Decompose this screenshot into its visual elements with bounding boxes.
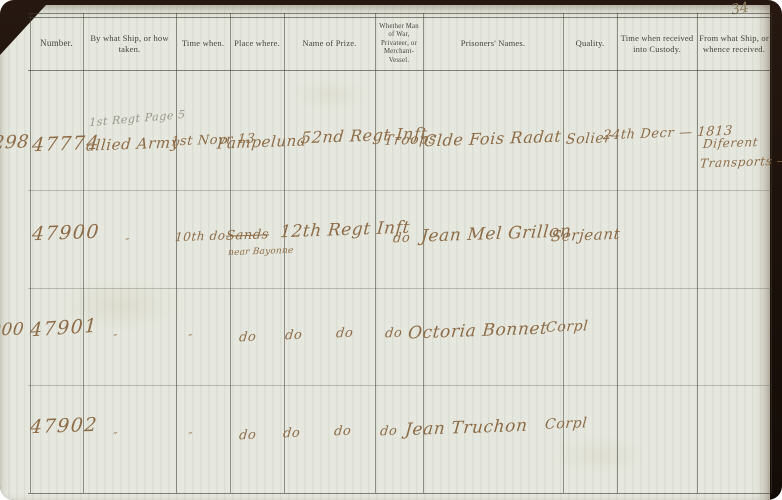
row4-vessel-ditto: do <box>379 424 398 440</box>
page-number: 34 <box>730 0 750 18</box>
row1-from-ship-line2: Transports — <box>699 153 782 170</box>
row4-place-ditto: do <box>238 428 257 444</box>
row1-ship: allied Army <box>85 133 180 154</box>
rule-col-10 <box>771 13 772 493</box>
row4-time-ditto: ″ <box>187 430 193 443</box>
header-prisoners-names: Prisoners' Names. <box>423 19 563 69</box>
rule-row-2 <box>28 288 771 289</box>
row3-ship-ditto: ″ <box>112 332 118 345</box>
row3-margin-number: 900 <box>0 319 25 340</box>
row2-vessel: do <box>392 231 411 247</box>
row2-place: Sands <box>225 227 269 244</box>
header-time-when: Time when. <box>176 19 230 69</box>
rule-top-outer <box>28 13 771 14</box>
row4-ship-ditto: ″ <box>112 430 118 443</box>
row4-prize-ditto-1: do <box>282 426 301 442</box>
rule-row-3 <box>28 385 771 386</box>
rule-col-8 <box>617 13 618 493</box>
ledger-scan: 34 Number. By what Ship, or how taken. T… <box>0 0 782 500</box>
rule-col-5 <box>375 13 376 493</box>
row2-quality: Serjeant <box>550 225 621 245</box>
row3-place-ditto: do <box>238 330 257 346</box>
row4-quality: Corpl <box>544 415 588 433</box>
row4-number: 47902 <box>29 414 99 438</box>
rule-col-2 <box>176 13 177 493</box>
row1-margin-number: 298 <box>0 131 30 153</box>
header-vessel-type: Whether Man of War, Privateer, or Mercha… <box>377 19 421 69</box>
rule-col-9 <box>697 13 698 493</box>
header-by-what-ship: By what Ship, or how taken. <box>86 19 173 69</box>
row3-prisoner-name: Octoria Bonnet <box>407 319 548 344</box>
row3-vessel-ditto: do <box>384 326 403 342</box>
row1-pencil-note: 1st Regt Page 5 <box>89 108 186 130</box>
row1-prisoner-name: Clde Fois Radat <box>423 127 562 151</box>
rule-row-1 <box>28 190 771 191</box>
header-quality: Quality. <box>563 19 617 69</box>
header-number: Number. <box>30 19 83 69</box>
row4-prize-ditto-2: do <box>333 424 352 440</box>
row3-time-ditto: ″ <box>187 332 193 345</box>
row4-prisoner-name: Jean Truchon <box>404 416 528 440</box>
row2-ship-ditto: ″ <box>124 236 130 249</box>
header-from-what-ship: From what Ship, or whence received. <box>699 19 769 69</box>
rule-bottom <box>28 493 771 494</box>
row2-prize: 12th Regt Inft <box>279 218 411 243</box>
row3-prize-ditto-2: do <box>335 326 354 342</box>
row1-from-ship-line1: Diferent <box>702 135 758 151</box>
row1-place: Pampeluna <box>216 131 307 152</box>
row3-number: 47901 <box>30 315 99 342</box>
header-name-of-prize: Name of Prize. <box>284 19 375 69</box>
row3-prize-ditto-1: do <box>284 328 303 344</box>
row3-quality: Corpl <box>545 318 589 336</box>
rule-top-inner <box>28 17 771 18</box>
ledger-overlay: 34 Number. By what Ship, or how taken. T… <box>0 0 782 500</box>
rule-header-bottom <box>28 70 771 71</box>
header-place-where: Place where. <box>230 19 284 69</box>
header-time-received: Time when received into Custody. <box>619 19 695 69</box>
row2-number: 47900 <box>31 221 101 245</box>
